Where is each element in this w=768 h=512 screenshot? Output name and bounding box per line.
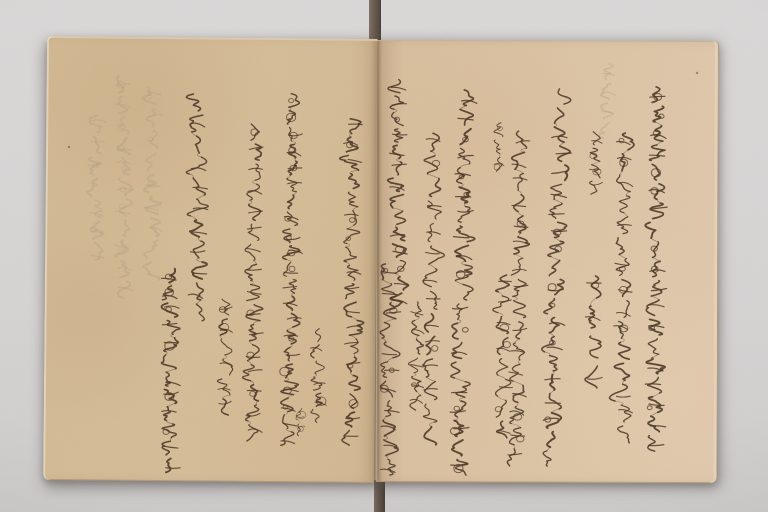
manuscript-page-left [43, 36, 378, 483]
manuscript-page-right [375, 40, 719, 483]
binding-strap-top [369, 0, 381, 42]
photo-backdrop [0, 0, 768, 512]
